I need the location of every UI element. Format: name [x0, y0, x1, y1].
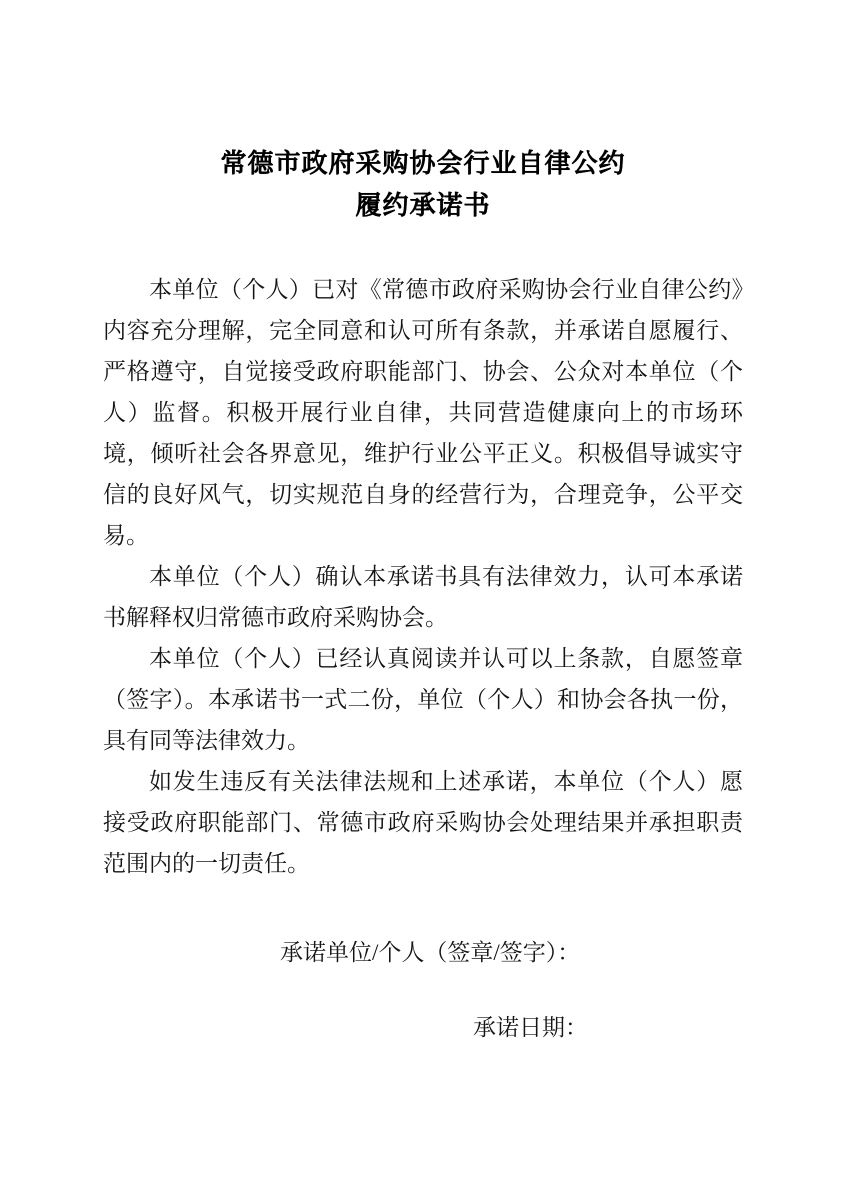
- document-content-column: 常德市政府采购协会行业自律公约 履约承诺书 本单位（个人）已对《常德市政府采购协…: [103, 0, 743, 1048]
- title-line-1: 常德市政府采购协会行业自律公约: [103, 142, 743, 184]
- title-line-2: 履约承诺书: [103, 184, 743, 226]
- document-page: 常德市政府采购协会行业自律公约 履约承诺书 本单位（个人）已对《常德市政府采购协…: [0, 0, 848, 1200]
- paragraph-legal-effect: 本单位（个人）确认本承诺书具有法律效力，认可本承诺书解释权归常德市政府采购协会。: [103, 556, 743, 638]
- paragraph-violation-liability: 如发生违反有关法律法规和上述承诺，本单位（个人）愿接受政府职能部门、常德市政府采…: [103, 761, 743, 884]
- date-label: 承诺日期：: [473, 1007, 743, 1048]
- paragraph-copies: 本单位（个人）已经认真阅读并认可以上条款，自愿签章（签字）。本承诺书一式二份，单…: [103, 638, 743, 761]
- document-title: 常德市政府采购协会行业自律公约 履约承诺书: [103, 0, 743, 226]
- paragraph-commitment-scope: 本单位（个人）已对《常德市政府采购协会行业自律公约》内容充分理解，完全同意和认可…: [103, 269, 743, 556]
- signature-label: 承诺单位/个人（签章/签字）：: [280, 932, 743, 973]
- document-body: 本单位（个人）已对《常德市政府采购协会行业自律公约》内容充分理解，完全同意和认可…: [103, 269, 743, 884]
